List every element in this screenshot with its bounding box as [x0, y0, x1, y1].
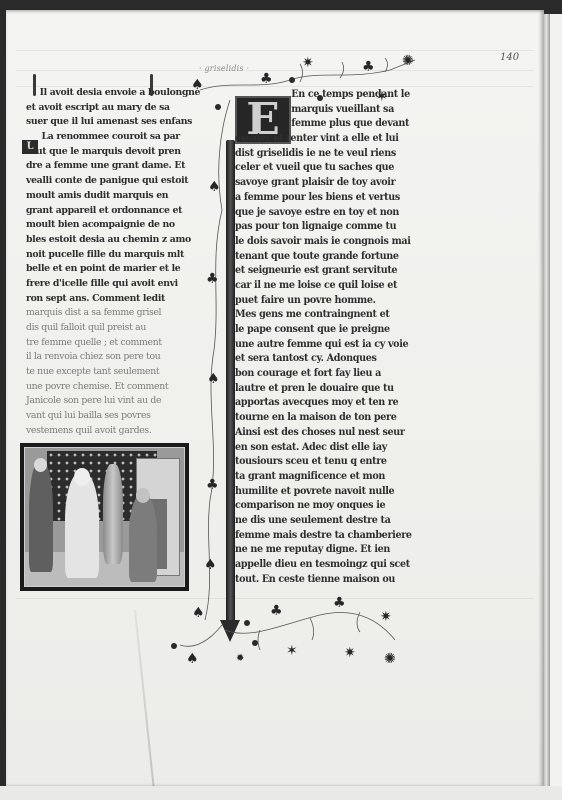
- ivy-leaf-icon: ♠: [204, 558, 217, 572]
- text-line: une povre chemise. Et comment: [26, 380, 186, 395]
- star-flower-icon: ✷: [344, 646, 356, 660]
- text-line: comparison ne moy onques ie: [235, 499, 434, 514]
- text-line: dis quil falloit quil preist au: [26, 321, 186, 336]
- text-line: marquis vueillant sa: [235, 103, 434, 118]
- text-line: apportas avecques moy et ten re: [235, 396, 434, 411]
- figure-janicole: [129, 494, 157, 582]
- ivy-leaf-icon: ♠: [191, 78, 204, 92]
- text-line: frere d'icelle fille qui avoit envi: [26, 277, 186, 292]
- page-fold: [134, 610, 155, 794]
- text-line: ne dis une seulement destre ta: [235, 514, 434, 529]
- text-line: dist griselidis ie ne te veul riens: [235, 147, 434, 162]
- text-line: tourne en la maison de ton pere: [235, 411, 434, 426]
- text-line: ron sept ans. Comment ledit: [26, 292, 186, 307]
- text-line: femme plus que devant: [235, 117, 434, 132]
- text-line: moult amis dudit marquis en: [26, 189, 186, 204]
- text-line: savoye grant plaisir de toy avoir: [235, 176, 434, 191]
- text-line: ta grant magnificence et mon: [235, 470, 434, 485]
- ivy-leaf-icon: ♠: [208, 180, 221, 194]
- border-bar-terminal: [220, 620, 240, 642]
- text-line: car il ne me loise ce quil loise et: [235, 279, 434, 294]
- ivy-leaf-icon: ♣: [270, 604, 283, 618]
- text-line: appelle dieu en tesmoingz qui scet: [235, 558, 434, 573]
- text-line: en son estat. Adec dist elle iay: [235, 441, 434, 456]
- text-line: celer et vueil que tu saches que: [235, 161, 434, 176]
- text-line: et seigneurie est grant servitute: [235, 264, 434, 279]
- text-line: il la renvoia chiez son pere tou: [26, 350, 186, 365]
- text-line: La renommee couroit sa par: [26, 130, 186, 145]
- running-head: · griselidis ·: [199, 64, 249, 73]
- berry-icon: [317, 95, 323, 101]
- miniature-scene: [24, 447, 185, 587]
- ivy-leaf-icon: ♣: [260, 72, 273, 86]
- text-line: suer que il lui amenast ses enfans: [26, 115, 186, 130]
- text-line: une autre femme qui est ia cy voie: [235, 338, 434, 353]
- text-line: le dois savoir mais ie congnois mai: [235, 235, 434, 250]
- ivy-leaf-icon: ♠: [192, 606, 205, 620]
- text-line: Mes gens me contraingnent et: [235, 308, 434, 323]
- star-flower-icon: ✹: [236, 652, 244, 666]
- text-line: vant qui lui bailla ses povres: [26, 409, 186, 424]
- text-line: Janicole son pere lui vint au de: [26, 394, 186, 409]
- ivy-leaf-icon: ♠: [186, 652, 199, 666]
- text-line: bon courage et fort fay lieu a: [235, 367, 434, 382]
- figure-monk: [29, 460, 53, 572]
- text-line: essaier et tenter vint a elle et lui: [235, 132, 434, 147]
- text-line: marquis dist a sa femme grisel: [26, 306, 186, 321]
- berry-icon: [244, 620, 250, 626]
- text-line: En ce temps pendant le: [235, 88, 434, 103]
- text-line: humilite et povrete navoit nulle: [235, 485, 434, 500]
- right-text-column: En ce temps pendant lemarquis vueillant …: [235, 88, 440, 587]
- text-line: a femme pour les biens et vertus: [235, 191, 434, 206]
- figure-tree: [103, 464, 123, 564]
- text-line: dre a femme une grant dame. Et: [26, 159, 186, 174]
- text-line: le pape consent que ie preigne: [235, 323, 434, 338]
- text-line: ne ne me reputay digne. Et ien: [235, 543, 434, 558]
- text-line: et sera tantost cy. Adonques: [235, 352, 434, 367]
- miniature-illustration: [20, 443, 189, 591]
- text-line: tout. En ceste tienne maison ou: [235, 573, 434, 588]
- text-line: Ainsi est des choses nul nest seur: [235, 426, 434, 441]
- text-line: Il avoit desia envoie a boulongne: [26, 86, 186, 101]
- border-bar: [226, 140, 235, 632]
- star-flower-icon: ✷: [302, 56, 314, 70]
- text-line: tre femme quelle ; et comment: [26, 336, 186, 351]
- text-line: vealli conte de panigue qui estoit: [26, 174, 186, 189]
- text-line: belle et en point de marier et le: [26, 262, 186, 277]
- ivy-leaf-icon: ♣: [333, 596, 346, 610]
- text-line: noit pucelle fille du marquis mlt: [26, 248, 186, 263]
- star-flower-icon: ✺: [384, 652, 396, 666]
- text-line: grant appareil et ordonnance et: [26, 204, 186, 219]
- text-line: te nue excepte tant seulement: [26, 365, 186, 380]
- text-line: tenant que toute grande fortune: [235, 250, 434, 265]
- text-line: bles estoit desia au chemin z amo: [26, 233, 186, 248]
- berry-icon: [215, 104, 221, 110]
- star-flower-icon: ✺: [402, 54, 414, 68]
- star-flower-icon: ✶: [286, 644, 298, 658]
- ivy-leaf-icon: ♣: [206, 478, 219, 492]
- figure-griselidis: [65, 472, 99, 578]
- ivy-leaf-icon: ♠: [207, 372, 220, 386]
- ivy-leaf-icon: ♣: [362, 60, 375, 74]
- text-line: et avoit escript au mary de sa: [26, 101, 186, 116]
- left-text-column: Il avoit desia envoie a boulongneet avoi…: [26, 86, 191, 439]
- text-line: tout que le marquis devoit pren: [26, 145, 186, 160]
- star-flower-icon: ✶: [376, 90, 388, 104]
- text-line: femme mais destre ta chamberiere: [235, 529, 434, 544]
- folio-number: 140: [500, 52, 519, 63]
- text-line: vestemens quil avoit gardes.: [26, 424, 186, 439]
- berry-icon: [171, 643, 177, 649]
- text-line: moult bien acompaignie de no: [26, 218, 186, 233]
- berry-icon: [289, 77, 295, 83]
- text-line: puet faire un povre homme.: [235, 294, 434, 309]
- ivy-leaf-icon: ♣: [206, 272, 219, 286]
- text-line: pas pour ton lignaige comme tu: [235, 220, 434, 235]
- text-line: lautre et pren le douaire que tu: [235, 382, 434, 397]
- berry-icon: [252, 640, 258, 646]
- text-line: tousiours sceu et tenu q entre: [235, 455, 434, 470]
- text-line: que je savoye estre en toy et non: [235, 206, 434, 221]
- star-flower-icon: ✷: [380, 610, 392, 624]
